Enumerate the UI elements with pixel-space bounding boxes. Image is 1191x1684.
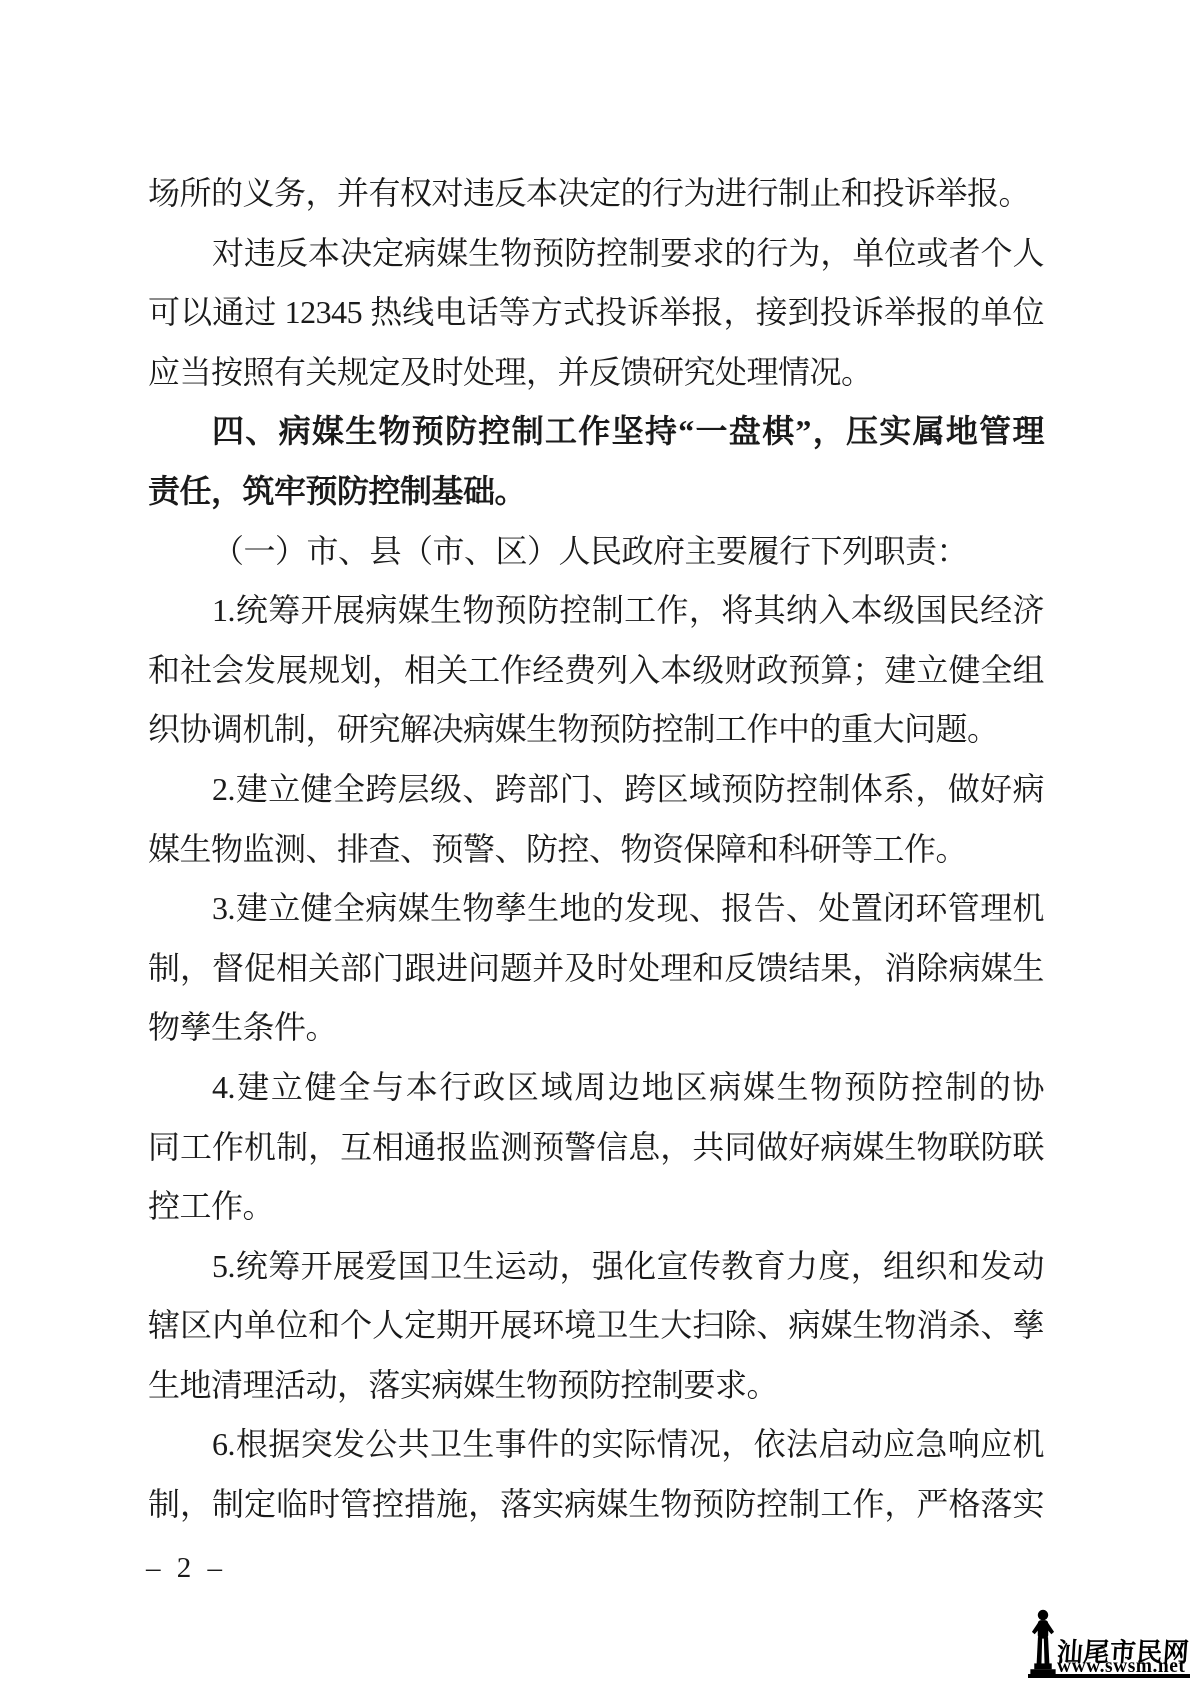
text-line: 6.根据突发公共卫生事件的实际情况，依法启动应急响应机 — [148, 1415, 1044, 1475]
watermark-underline — [1028, 1674, 1190, 1678]
text-line: 制，制定临时管控措施，落实病媒生物预防控制工作，严格落实 — [148, 1475, 1044, 1535]
document-body: 场所的义务，并有权对违反本决定的行为进行制止和投诉举报。对违反本决定病媒生物预防… — [148, 164, 1044, 1535]
text-line: 2.建立健全跨层级、跨部门、跨区域预防控制体系，做好病 — [148, 760, 1044, 820]
document-page: 场所的义务，并有权对违反本决定的行为进行制止和投诉举报。对违反本决定病媒生物预防… — [0, 0, 1191, 1684]
text-line: 可以通过 12345 热线电话等方式投诉举报，接到投诉举报的单位 — [148, 283, 1044, 343]
text-line: 控工作。 — [148, 1177, 1044, 1237]
text-line: 1.统筹开展病媒生物预防控制工作，将其纳入本级国民经济 — [148, 581, 1044, 641]
text-line: 辖区内单位和个人定期开展环境卫生大扫除、病媒生物消杀、孳 — [148, 1296, 1044, 1356]
text-line: 场所的义务，并有权对违反本决定的行为进行制止和投诉举报。 — [148, 164, 1044, 224]
text-line: （一）市、县（市、区）人民政府主要履行下列职责： — [148, 522, 1044, 582]
text-line: 对违反本决定病媒生物预防控制要求的行为，单位或者个人 — [148, 224, 1044, 284]
text-line: 生地清理活动，落实病媒生物预防控制要求。 — [148, 1356, 1044, 1416]
text-line: 制，督促相关部门跟进问题并及时处理和反馈结果，消除病媒生 — [148, 939, 1044, 999]
text-line: 物孳生条件。 — [148, 998, 1044, 1058]
site-watermark: 汕尾市民网 www.swsm.net — [1026, 1606, 1190, 1680]
text-line: 应当按照有关规定及时处理，并反馈研究处理情况。 — [148, 343, 1044, 403]
text-line: 四、病媒生物预防控制工作坚持“一盘棋”，压实属地管理 — [148, 402, 1044, 462]
text-line: 媒生物监测、排查、预警、防控、物资保障和科研等工作。 — [148, 820, 1044, 880]
text-line: 织协调机制，研究解决病媒生物预防控制工作中的重大问题。 — [148, 700, 1044, 760]
text-line: 3.建立健全病媒生物孳生地的发现、报告、处置闭环管理机 — [148, 879, 1044, 939]
text-line: 4.建立健全与本行政区域周边地区病媒生物预防控制的协 — [148, 1058, 1044, 1118]
page-number: – 2 – — [146, 1552, 222, 1585]
text-line: 责任，筑牢预防控制基础。 — [148, 462, 1044, 522]
text-line: 同工作机制，互相通报监测预警信息，共同做好病媒生物联防联 — [148, 1118, 1044, 1178]
text-line: 和社会发展规划，相关工作经费列入本级财政预算；建立健全组 — [148, 641, 1044, 701]
statue-icon — [1028, 1609, 1058, 1677]
text-line: 5.统筹开展爱国卫生运动，强化宣传教育力度，组织和发动 — [148, 1237, 1044, 1297]
